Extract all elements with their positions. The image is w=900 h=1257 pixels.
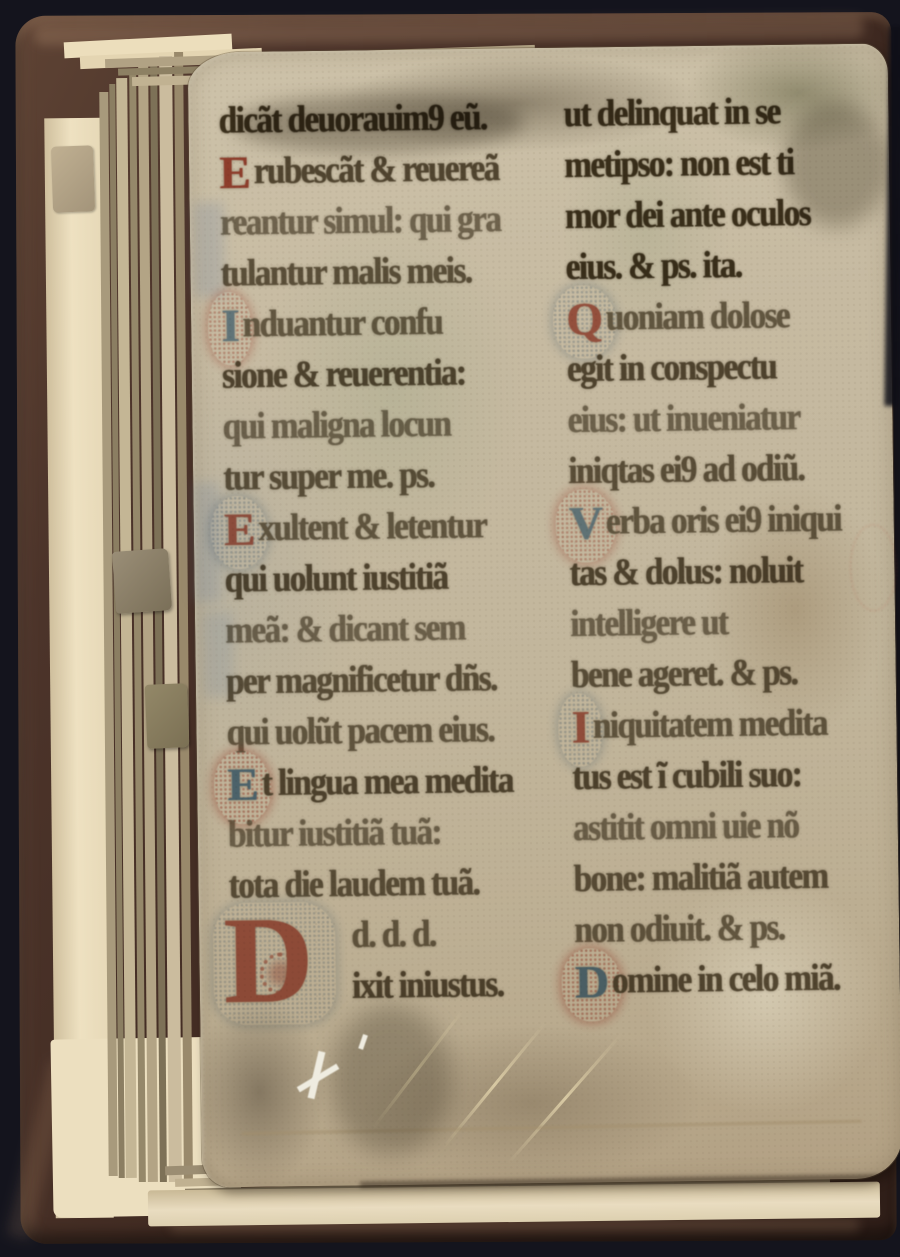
text-line: qui uolũt pacem eius. [226,705,567,760]
text-line: intelligere ut [570,596,900,651]
text-line: sione & reuerentia: [222,348,563,403]
text-line: dicãt deuorauim9 eũ. [218,93,559,148]
illuminated-initial: V [568,498,603,549]
text-line: astitit omni uie nõ [572,800,900,855]
illuminated-initial: I [221,301,240,352]
parchment-tab [51,145,95,212]
crease-line [507,1033,622,1164]
line-text: omine in celo miã. [611,950,840,1011]
illuminated-initial: E [219,148,251,199]
manuscript-page: dicãt deuorauim9 eũ.Erubescãt & reuereãr… [188,43,900,1187]
text-line: Quoniam dolose [566,290,897,345]
text-line: Iniquitatem medita [571,698,900,753]
text-line: Et lingua mea medita [227,756,568,811]
text-line: tur super me. ps. [223,450,564,505]
text-line: Domine in celo miã. [574,953,900,1008]
text-line: meã: & dicant sem [225,603,566,658]
grey-index-tab [112,548,172,614]
text-line: mor dei ante oculos [564,188,895,243]
text-column-left: dicãt deuorauim9 eũ.Erubescãt & reuereãr… [218,93,570,1015]
text-line: ixit iniustus. [230,960,571,1015]
text-line: tulantur malis meis. [220,246,561,301]
text-line: Induantur confu [221,297,562,352]
illuminated-initial: D [574,957,609,1008]
text-line: reantur simul: qui gra [220,195,561,250]
text-line: egit in conspectu [566,341,897,396]
line-text: ixit iniustus. [351,956,503,1016]
scratch-mark [358,1034,368,1050]
text-line: eius: ut inueniatur [567,392,898,447]
illuminated-initial: E [224,505,256,556]
illuminated-initial: E [227,760,259,811]
stain [330,1004,452,1156]
text-line: iniqtas ei9 ad odiũ. [568,443,899,498]
text-line: bone: malitiã autem [573,851,900,906]
text-line: Erubescãt & reuereã [219,144,560,199]
fold-line [242,1120,862,1135]
text-line: non odiuit. & ps. [574,902,900,957]
text-line: per magnificetur dñs. [226,654,567,709]
text-line: Verba oris ei9 iniqui [568,494,899,549]
text-line: ut delinquat in se [563,86,894,141]
text-column-right: ut delinquat in semetipso: non est timor… [563,86,900,1008]
text-line: tas & dolus: noluit [569,545,900,600]
manuscript-photo: dicãt deuorauim9 eũ.Erubescãt & reuereãr… [0,0,900,1257]
grey-index-tab [145,683,190,749]
text-line: bitur iustitiã tuã: [228,807,569,862]
text-line: eius. & ps. ita. [565,239,896,294]
illuminated-initial: I [571,702,590,753]
text-line: bene ageret. & ps. [570,647,900,702]
text-line: qui uolunt iustitiã [224,552,565,607]
text-line: qui maligna locun [222,399,563,454]
text-line: tus est ĩ cubili suo: [572,749,900,804]
text-line: metipso: non est ti [564,137,895,192]
text-line: Exultent & letentur [224,501,565,556]
illuminated-initial: Q [566,294,603,345]
text-line: Dd. d. d. [229,909,570,964]
crease-line [371,1009,464,1130]
